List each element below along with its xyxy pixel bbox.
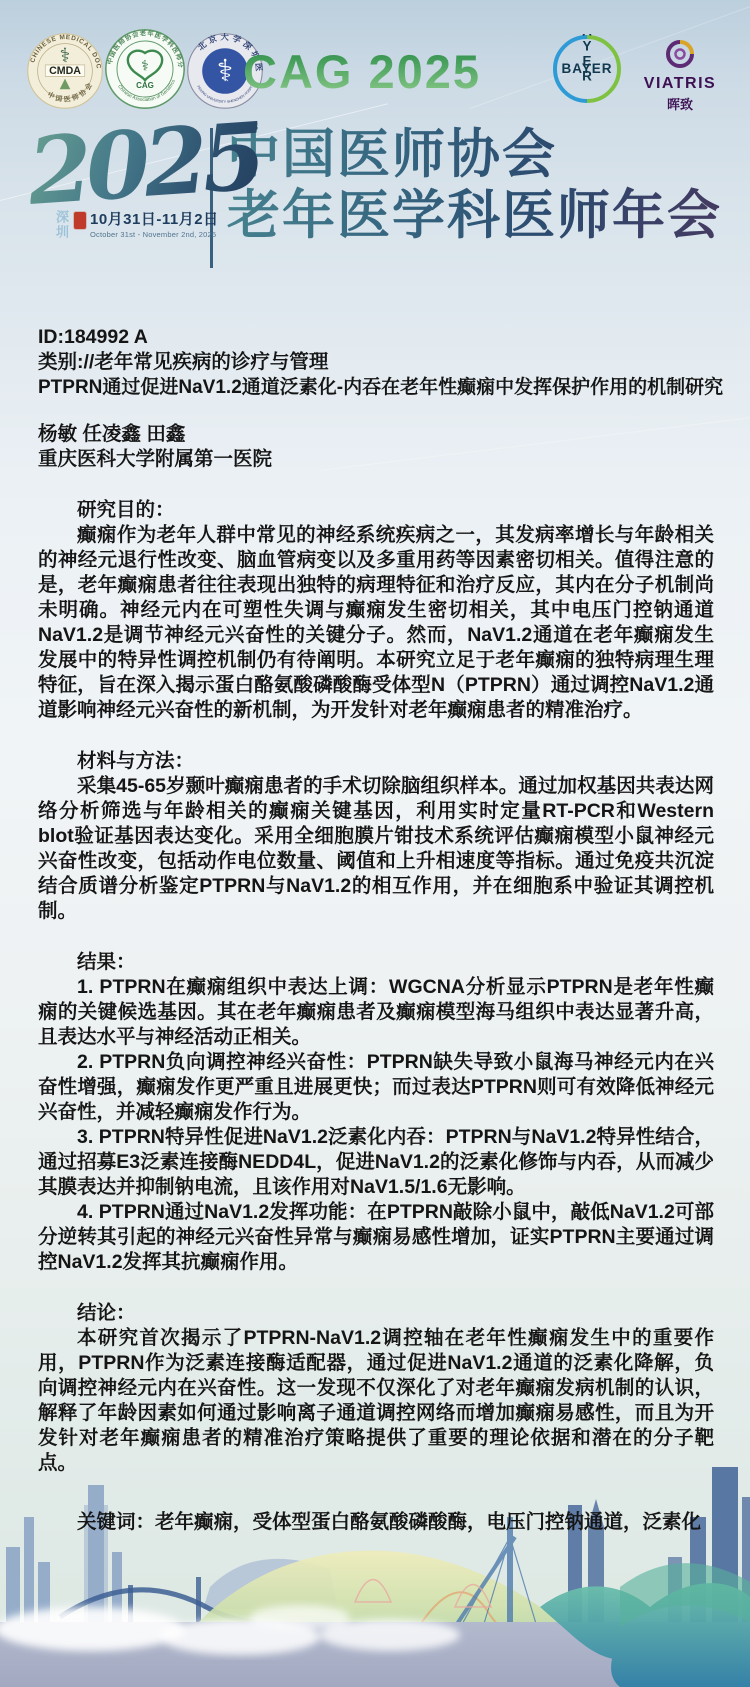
- event-wordmark: CAG 2025: [243, 44, 481, 99]
- red-seal-icon: [74, 212, 86, 229]
- banner-year-block: 2025 深圳 10月31日-11月2日 October 31st - Nove…: [32, 122, 204, 272]
- section-methods-heading: 材料与方法：: [38, 749, 714, 774]
- viatris-swirl-icon: [666, 40, 694, 68]
- banner-city: 深圳: [52, 210, 71, 240]
- section-results-item-4: 4. PTPRN通过NaV1.2发挥功能：在PTPRN敲除小鼠中，敲低NaV1.…: [38, 1200, 714, 1275]
- abstract-authors: 杨敏 任凌鑫 田鑫: [38, 422, 714, 447]
- abstract-title: PTPRN通过促进NaV1.2通道泛素化-内吞在老年性癫痫中发挥保护作用的机制研…: [38, 375, 714, 400]
- conference-abstract-poster: CHINESE MEDICAL DOCTOR ASSOCIATION 中国医师协…: [0, 0, 750, 1687]
- cag-logo-icon: 中国医师协会老年医学科医师分会 Chinese Association of G…: [105, 29, 185, 109]
- banner-dates: 10月31日-11月2日 October 31st - November 2nd…: [90, 208, 219, 239]
- cag-staff-icon: ⚕: [141, 59, 149, 75]
- section-results: 结果： 1. PTPRN在癫痫组织中表达上调：WGCNA分析显示PTPRN是老年…: [38, 950, 714, 1275]
- section-methods: 材料与方法： 采集45-65岁颞叶癫痫患者的手术切除脑组织样本。通过加权基因共表…: [38, 749, 714, 924]
- banner-title-line1: 中国医师协会: [227, 124, 732, 185]
- event-banner: 2025 深圳 10月31日-11月2日 October 31st - Nove…: [32, 122, 732, 272]
- section-results-item-3: 3. PTPRN特异性促进NaV1.2泛素化内吞：PTPRN与NaV1.2特异性…: [38, 1125, 714, 1200]
- authors-block: 杨敏 任凌鑫 田鑫 重庆医科大学附属第一医院: [38, 422, 714, 472]
- abstract-affiliation: 重庆医科大学附属第一医院: [38, 447, 714, 472]
- cmda-caduceus-icon: ⚕: [60, 45, 71, 67]
- section-conclusion-paragraph: 本研究首次揭示了PTPRN-NaV1.2调控轴在老年性癫痫发生中的重要作用，PT…: [38, 1326, 714, 1476]
- section-objective: 研究目的： 癫痫作为老年人群中常见的神经系统疾病之一，其发病率增长与年龄相关的神…: [38, 498, 714, 723]
- banner-titles: 中国医师协会 老年医学科医师年会: [227, 122, 732, 272]
- banner-date-en: October 31st - November 2nd, 2025: [90, 230, 219, 239]
- viatris-logo: VIATRIS 晖致: [634, 40, 726, 113]
- cmda-abbr-text: CMDA: [49, 65, 81, 77]
- banner-date-row: 深圳 10月31日-11月2日 October 31st - November …: [52, 208, 219, 240]
- section-results-item-2: 2. PTPRN负向调控神经兴奋性：PTPRN缺失导致小鼠海马神经元内在兴奋性增…: [38, 1050, 714, 1125]
- bayer-vertical-text: BAYER: [580, 34, 595, 84]
- header-logo-row: CHINESE MEDICAL DOCTOR ASSOCIATION 中国医师协…: [0, 0, 750, 120]
- section-methods-paragraph: 采集45-65岁颞叶癫痫患者的手术切除脑组织样本。通过加权基因共表达网络分析筛选…: [38, 774, 714, 924]
- pku-caduceus-icon: ⚕: [217, 54, 233, 88]
- section-conclusion-heading: 结论：: [38, 1301, 714, 1326]
- banner-date-cn: 10月31日-11月2日: [90, 208, 219, 229]
- section-objective-paragraph: 癫痫作为老年人群中常见的神经系统疾病之一，其发病率增长与年龄相关的神经元退行性改…: [38, 523, 714, 723]
- abstract-category: 类别://老年常见疾病的诊疗与管理: [38, 350, 714, 375]
- section-objective-heading: 研究目的：: [38, 498, 714, 523]
- section-conclusion: 结论： 本研究首次揭示了PTPRN-NaV1.2调控轴在老年性癫痫发生中的重要作…: [38, 1301, 714, 1476]
- keywords-line: 关键词：老年癫痫，受体型蛋白酪氨酸磷酸酶，电压门控钠通道，泛素化: [38, 1510, 714, 1535]
- viatris-chinese-text: 晖致: [634, 94, 726, 113]
- cmda-logo-icon: CHINESE MEDICAL DOCTOR ASSOCIATION 中国医师协…: [27, 33, 103, 109]
- section-results-heading: 结果：: [38, 950, 714, 975]
- section-results-item-1: 1. PTPRN在癫痫组织中表达上调：WGCNA分析显示PTPRN是老年性癫痫的…: [38, 975, 714, 1050]
- abstract-id: ID:184992 A: [38, 325, 714, 350]
- cag-abbr-text: CAG: [136, 81, 154, 90]
- banner-title-line2: 老年医学科医师年会: [227, 185, 732, 246]
- viatris-name-text: VIATRIS: [634, 75, 726, 93]
- bayer-logo-icon: BAYER BAYER: [552, 34, 622, 104]
- abstract-body: ID:184992 A 类别://老年常见疾病的诊疗与管理 PTPRN通过促进N…: [38, 325, 714, 1535]
